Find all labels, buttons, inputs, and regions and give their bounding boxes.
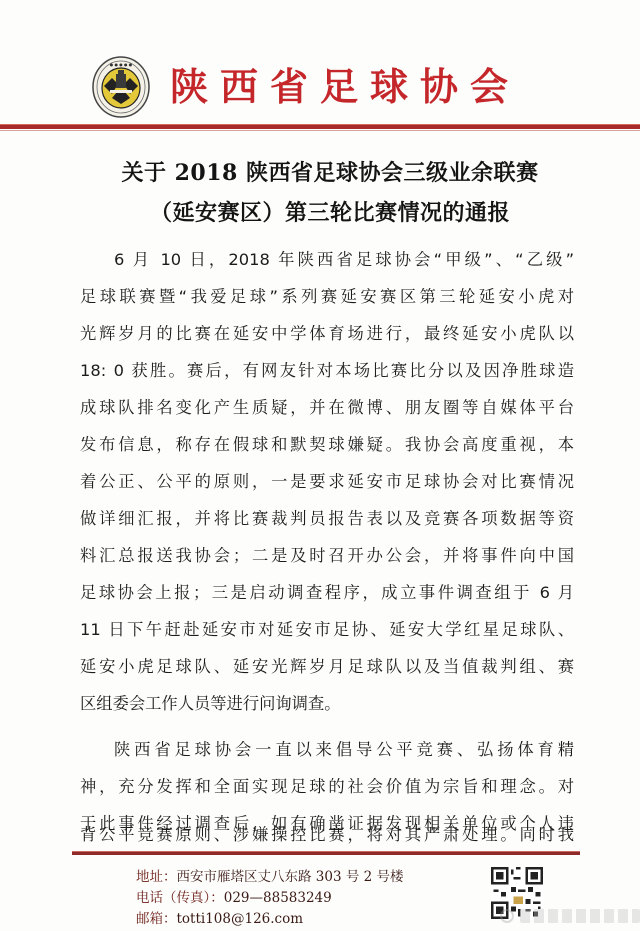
body-line: 神，充分发挥和全面实现足球的社会价值为宗旨和理念。对 xyxy=(80,777,574,797)
phone-label: 电话（传真）： xyxy=(136,890,224,906)
body-line: 光辉岁月的比赛在延安中学体育场进行，最终延安小虎队以 xyxy=(80,324,574,344)
footer-email: 邮箱：totti108@126.com xyxy=(136,907,303,927)
header-divider xyxy=(0,124,640,129)
address-value: 西安市雁塔区丈八东路 303 号 2 号楼 xyxy=(177,869,404,885)
body-line: 着公正、公平的原则，一是要求延安市足球协会对比赛情况 xyxy=(80,472,574,492)
body-line: 6 月 10 日，2018 年陕西省足球协会“甲级”、“乙级” xyxy=(114,250,574,270)
email-value: totti108@126.com xyxy=(177,911,304,927)
svg-text:● ● ● ● ●: ● ● ● ● ● xyxy=(110,62,133,67)
email-label: 邮箱： xyxy=(136,911,177,927)
body-line: 成球队排名变化产生质疑，并在微博、朋友圈等自媒体平台 xyxy=(80,398,574,418)
document-page: ● ● ● ● ● 陕西省足球协会 关于 2018 陕西省足球协会三级业余联赛 … xyxy=(0,0,640,931)
document-title-line-1: 关于 2018 陕西省足球协会三级业余联赛 xyxy=(60,156,600,187)
body-line: 做详细汇报，并将比赛裁判员报告表以及竞赛各项数据等资 xyxy=(80,509,574,529)
organization-name: 陕西省足球协会 xyxy=(170,68,520,106)
body-line: 陕西省足球协会一直以来倡导公平竞赛、弘扬体育精 xyxy=(114,740,574,760)
footer-divider xyxy=(72,851,580,855)
phone-value: 029—88583249 xyxy=(224,890,332,906)
body-line: 足球联赛暨“我爱足球”系列赛延安赛区第三轮延安小虎对 xyxy=(80,287,574,307)
letterhead: ● ● ● ● ● 陕西省足球协会 xyxy=(92,52,512,122)
body-line: 足球协会上报；三是启动调查程序，成立事件调查组于 6 月 xyxy=(80,583,574,603)
watermark xyxy=(500,904,640,928)
association-logo-icon: ● ● ● ● ● xyxy=(92,56,150,118)
footer-address: 地址：西安市雁塔区丈八东路 303 号 2 号楼 xyxy=(136,865,404,885)
body-line: 背公平竞赛原则、涉嫌操控比赛，将对其严肃处理。同时我 xyxy=(80,825,574,845)
watermark-text-faded xyxy=(520,909,640,923)
header-divider-thin xyxy=(0,130,640,131)
footer-phone: 电话（传真）：029—88583249 xyxy=(136,886,332,906)
body-line: 料汇总报送我协会；二是及时召开办公会，并将事件向中国 xyxy=(80,546,574,566)
body-line: 18: 0 获胜。赛后，有网友针对本场比赛比分以及因净胜球造 xyxy=(80,361,574,381)
body-line: 11 日下午赶赴延安市对延安市足协、延安大学红星足球队、 xyxy=(80,620,574,640)
body-line: 延安小虎足球队、延安光辉岁月足球队以及当值裁判组、赛 xyxy=(80,657,574,677)
body-line: 发布信息，称存在假球和默契球嫌疑。我协会高度重视，本 xyxy=(80,435,574,455)
address-label: 地址： xyxy=(136,869,177,885)
body-line: 区组委会工作人员等进行问询调查。 xyxy=(80,694,341,714)
watermark-logo-icon xyxy=(500,909,514,923)
document-title-line-2: （延安赛区）第三轮比赛情况的通报 xyxy=(60,196,600,227)
